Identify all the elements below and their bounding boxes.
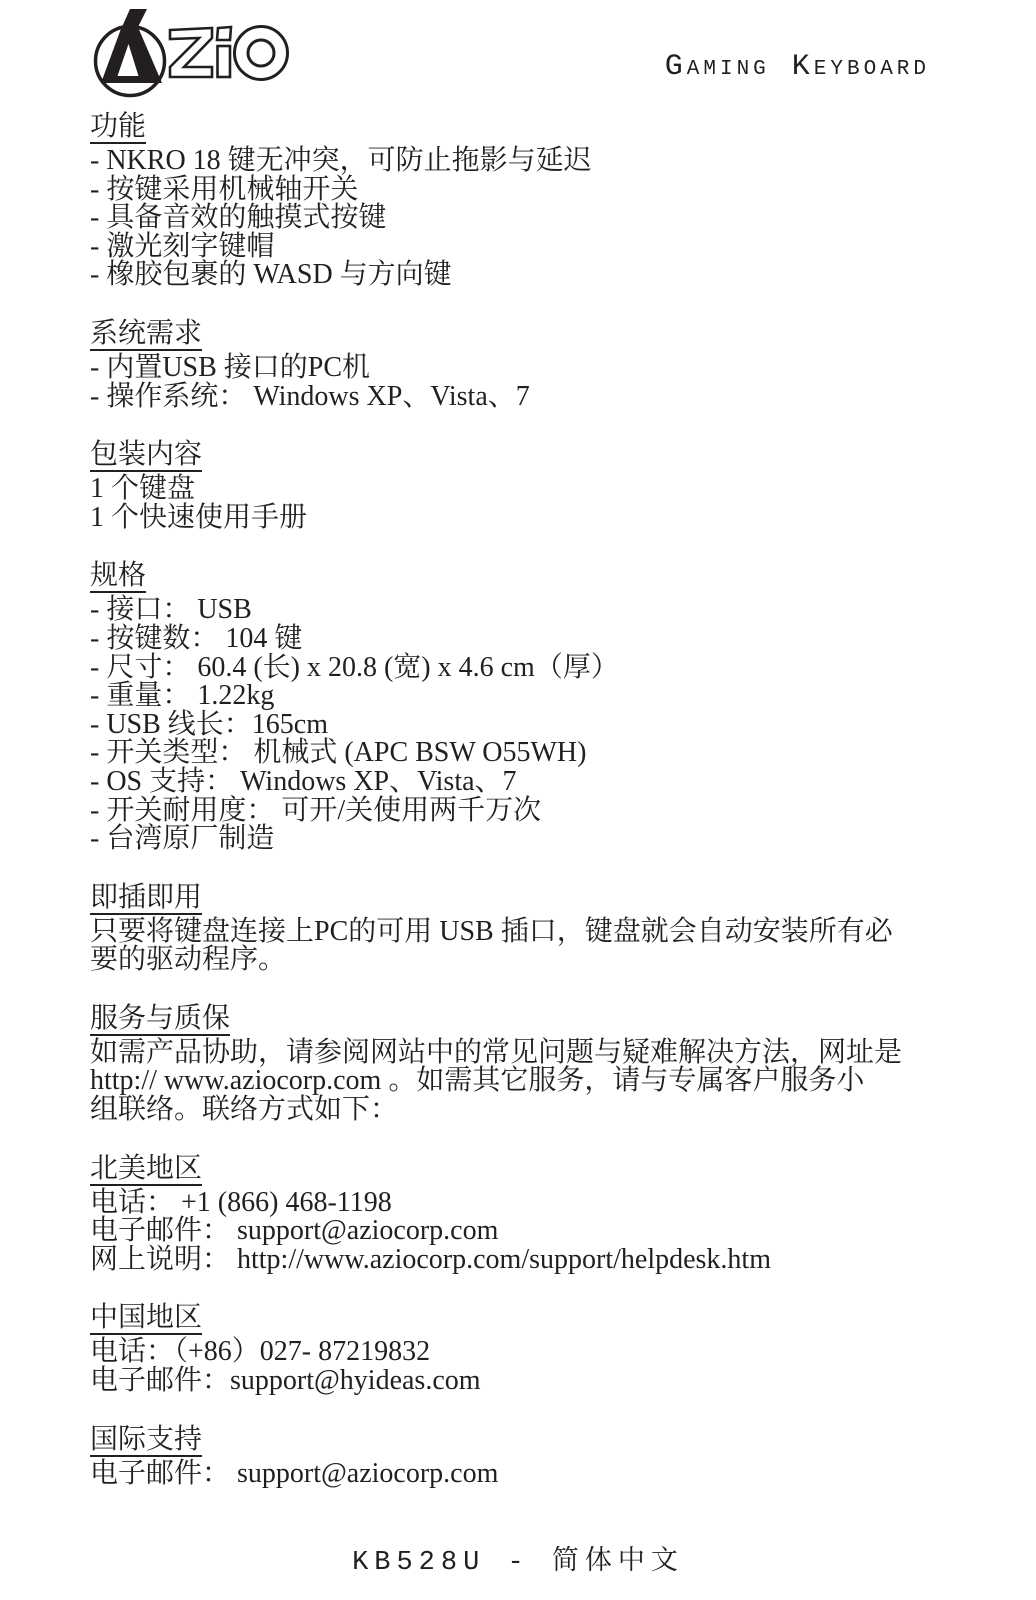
section: 北美地区 电话： +1 (866) 468-1198电子邮件： support@… [90,1154,960,1275]
text-line: 要的驱动程序。 [90,946,960,975]
logo-letter-o-inner [248,40,274,66]
text-line: http:// www.aziocorp.com 。如需其它服务，请与专属客户服… [90,1067,960,1096]
section-lines: 1 个键盘1 个快速使用手册 [90,475,960,532]
text-line: - 按键采用机械轴开关 [90,176,960,205]
page-footer: KB528U - 简体中文 [0,1538,1036,1578]
section: 中国地区 电话：（+86）027- 87219832电子邮件：support@h… [90,1303,960,1395]
logo-letter-o-outer [235,27,288,80]
page-title: Gaming Keyboard [665,50,930,84]
logo-letter-z [170,28,212,77]
text-line: - 激光刻字键帽 [90,233,960,262]
section: 系统需求 - 内置USB 接口的PC机- 操作系统： Windows XP、Vi… [90,319,960,411]
section: 功能 - NKRO 18 键无冲突，可防止拖影与延迟- 按键采用机械轴开关- 具… [90,112,960,290]
text-line: - 操作系统： Windows XP、Vista、7 [90,383,960,412]
section-lines: - 接口： USB- 按键数： 104 键- 尺寸： 60.4 (长) x 20… [90,596,960,853]
section-heading: 中国地区 [90,1303,202,1335]
text-line: 电子邮件：support@hyideas.com [90,1367,960,1396]
section-lines: - 内置USB 接口的PC机- 操作系统： Windows XP、Vista、7 [90,354,960,411]
text-line: - 尺寸： 60.4 (长) x 20.8 (宽) x 4.6 cm（厚） [90,654,960,683]
text-line: - OS 支持： Windows XP、Vista、7 [90,768,960,797]
content: 功能 - NKRO 18 键无冲突，可防止拖影与延迟- 按键采用机械轴开关- 具… [90,112,960,1517]
section-lines: 只要将键盘连接上PC的可用 USB 插口，键盘就会自动安装所有必要的驱动程序。 [90,918,960,975]
text-line: - 内置USB 接口的PC机 [90,354,960,383]
text-line: - 台湾原厂制造 [90,825,960,854]
logo-letter-i-stem [218,46,231,77]
section: 包装内容 1 个键盘1 个快速使用手册 [90,440,960,532]
text-line: 只要将键盘连接上PC的可用 USB 插口，键盘就会自动安装所有必 [90,918,960,947]
text-line: 1 个快速使用手册 [90,504,960,533]
section-heading: 系统需求 [90,319,202,351]
text-line: 电子邮件： support@aziocorp.com [90,1460,960,1489]
section-lines: 电话： +1 (866) 468-1198电子邮件： support@azioc… [90,1189,960,1275]
text-line: - 接口： USB [90,596,960,625]
section-lines: 如需产品协助，请参阅网站中的常见问题与疑难解决方法，网址是http:// www… [90,1039,960,1125]
azio-logo-graphic [84,6,290,104]
text-line: - 重量： 1.22kg [90,682,960,711]
section-heading: 国际支持 [90,1425,202,1457]
section: 服务与质保 如需产品协助，请参阅网站中的常见问题与疑难解决方法，网址是http:… [90,1004,960,1125]
azio-logo [84,6,290,104]
text-line: - 开关耐用度： 可开/关使用两千万次 [90,797,960,826]
section-heading: 服务与质保 [90,1004,230,1036]
text-line: - NKRO 18 键无冲突，可防止拖影与延迟 [90,147,960,176]
text-line: - 具备音效的触摸式按键 [90,204,960,233]
section: 即插即用 只要将键盘连接上PC的可用 USB 插口，键盘就会自动安装所有必要的驱… [90,883,960,975]
section: 规格 - 接口： USB- 按键数： 104 键- 尺寸： 60.4 (长) x… [90,561,960,853]
section: 国际支持 电子邮件： support@aziocorp.com [90,1425,960,1489]
text-line: 网上说明： http://www.aziocorp.com/support/he… [90,1246,960,1275]
section-lines: 电子邮件： support@aziocorp.com [90,1460,960,1489]
logo-letter-i-dot [217,27,231,40]
section-heading: 北美地区 [90,1154,202,1186]
text-line: - 橡胶包裹的 WASD 与方向键 [90,261,960,290]
text-line: 电话： +1 (866) 468-1198 [90,1189,960,1218]
section-heading: 即插即用 [90,883,202,915]
section-lines: 电话：（+86）027- 87219832电子邮件：support@hyidea… [90,1338,960,1395]
section-heading: 功能 [90,112,146,144]
text-line: - 按键数： 104 键 [90,625,960,654]
text-line: 组联络。联络方式如下： [90,1096,960,1125]
text-line: - 开关类型： 机械式 (APC BSW O55WH) [90,739,960,768]
text-line: 电话：（+86）027- 87219832 [90,1338,960,1367]
text-line: 如需产品协助，请参阅网站中的常见问题与疑难解决方法，网址是 [90,1039,960,1068]
text-line: 电子邮件： support@aziocorp.com [90,1217,960,1246]
section-heading: 规格 [90,561,146,593]
logo-letter-a-flag [122,9,148,28]
text-line: 1 个键盘 [90,475,960,504]
text-line: - USB 线长：165cm [90,711,960,740]
section-lines: - NKRO 18 键无冲突，可防止拖影与延迟- 按键采用机械轴开关- 具备音效… [90,147,960,290]
section-heading: 包装内容 [90,440,202,472]
